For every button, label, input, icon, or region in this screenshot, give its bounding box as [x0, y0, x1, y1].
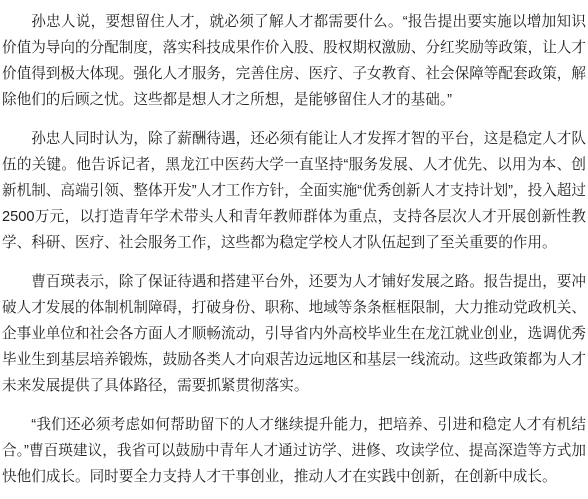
article-paragraph-4: “我们还必须考虑如何帮助留下的人才继续提升能力，把培养、引进和稳定人才有机结合。… [2, 412, 586, 490]
article-page: 孙忠人说，要想留住人才，就必须了解人才都需要什么。“报告提出要实施以增加知识价值… [0, 0, 588, 499]
article-paragraph-3: 曹百瑛表示，除了保证待遇和搭建平台外，还要为人才铺好发展之路。报告提出，要冲破人… [2, 269, 586, 399]
article-paragraph-1: 孙忠人说，要想留住人才，就必须了解人才都需要什么。“报告提出要实施以增加知识价值… [2, 9, 586, 113]
article-paragraph-2: 孙忠人同时认为，除了薪酬待遇，还必须有能让人才发挥才智的平台，这是稳定人才队伍的… [2, 126, 586, 256]
